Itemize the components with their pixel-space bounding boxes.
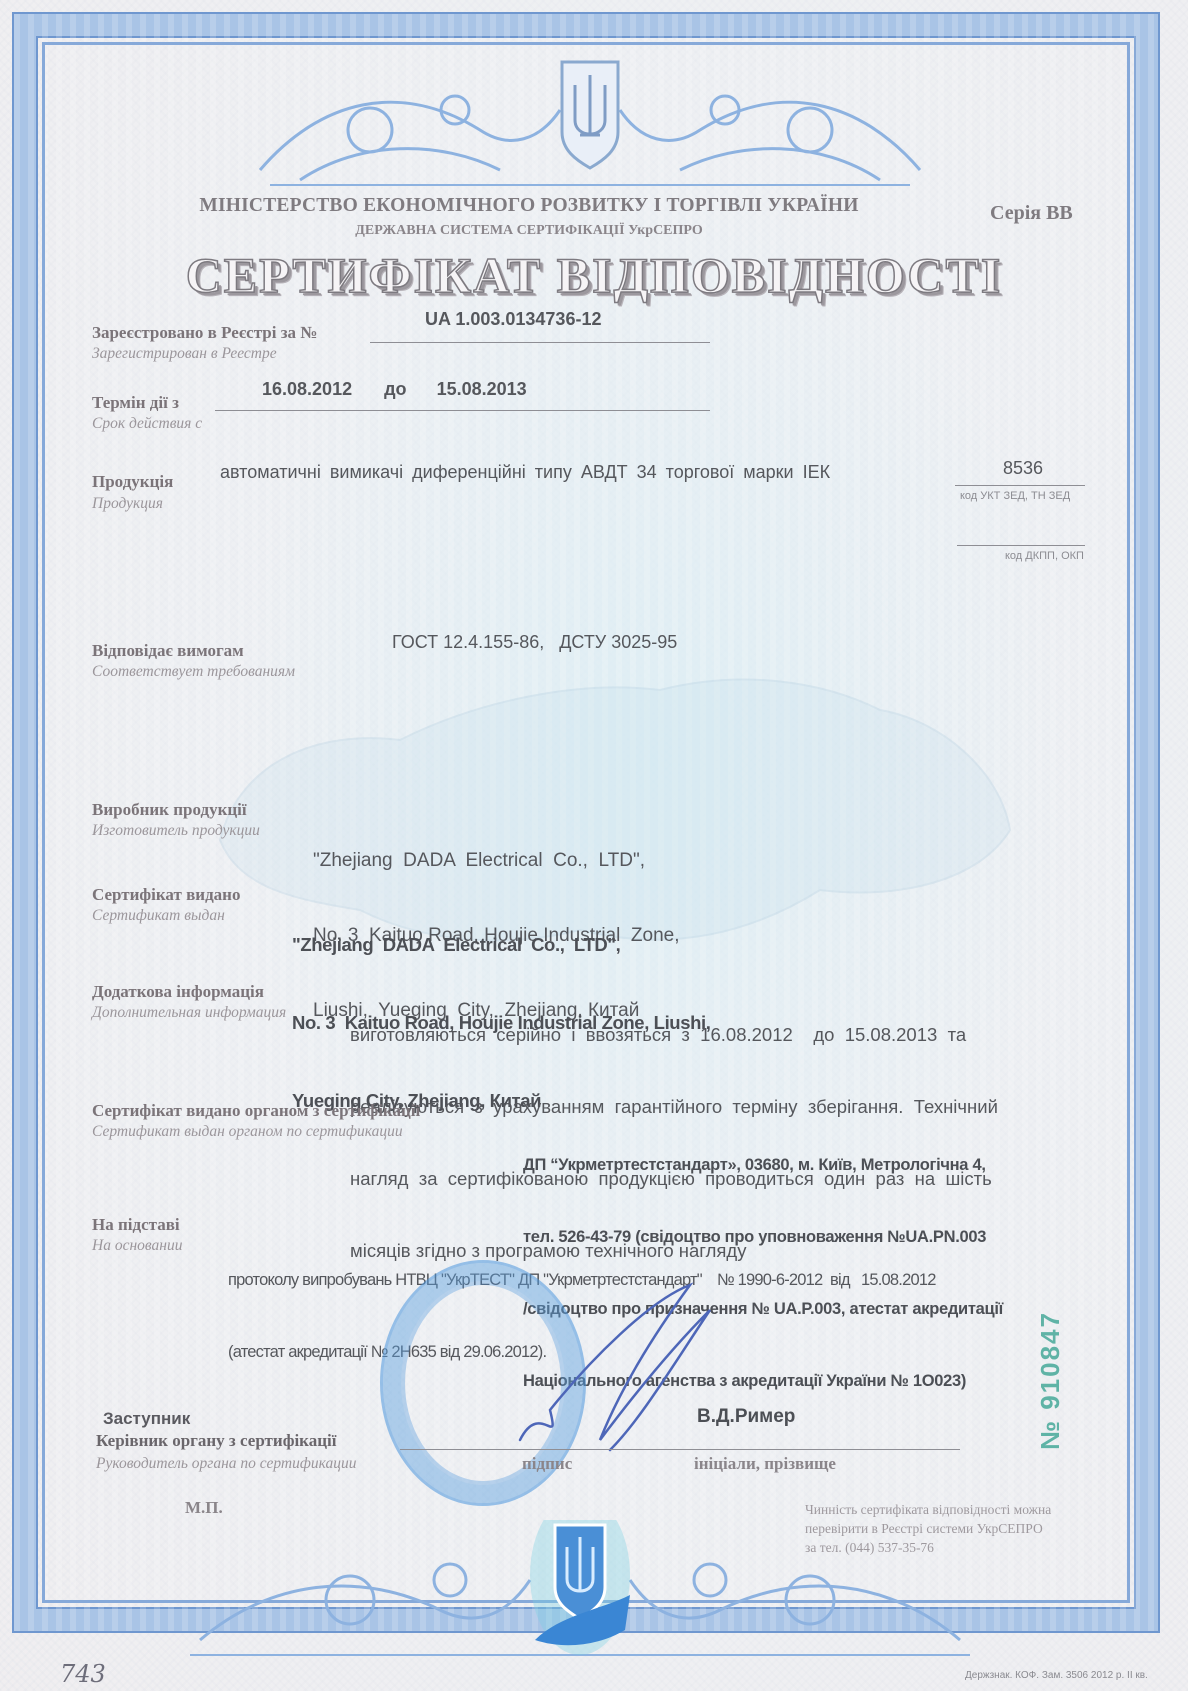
manufacturer-label-ru: Изготовитель продукции (92, 822, 260, 840)
trident-emblem-icon (555, 1525, 605, 1619)
signatory-position-ru: Руководитель органа по сертификации (96, 1455, 356, 1473)
signature-scribble (500, 1280, 730, 1460)
product-label-ru: Продукция (92, 495, 163, 513)
product-code-ukt: 8536 (1003, 458, 1043, 479)
additional-line: виготовляються серійно і ввозяться з 16.… (350, 1023, 1098, 1047)
validity-label-ru: Срок действия с (92, 415, 202, 433)
requirements-label-ua: Відповідає вимогам (92, 641, 244, 661)
cert-body-label-ua: Сертифікат видано органом з сертифікації (92, 1101, 420, 1121)
verify-note: Чинність сертифіката відповідності можна… (805, 1500, 1051, 1557)
product-label-ua: Продукція (92, 472, 173, 492)
validity-label-ua: Термін дії з (92, 393, 179, 413)
series: Серія ВВ (990, 202, 1073, 225)
registration-underline (370, 342, 710, 343)
cert-body-label-ru: Сертификат выдан органом по сертификации (92, 1123, 403, 1141)
validity-underline (215, 410, 710, 411)
registration-label-ua: Зареєстровано в Реєстрі за № (92, 323, 317, 343)
validity-from: 16.08.2012 (262, 379, 352, 399)
code-ukt-underline (955, 485, 1085, 486)
validity-period: 16.08.2012 до 15.08.2013 (262, 379, 527, 400)
series-value: ВВ (1046, 202, 1073, 224)
cert-body-line: ДП “Укрметртестстандарт», 03680, м. Київ… (523, 1153, 1003, 1177)
additional-label-ru: Дополнительная информация (92, 1004, 286, 1022)
signatory-name: В.Д.Ример (697, 1406, 795, 1428)
signature-caption: підпис (522, 1454, 572, 1474)
code-dkpp-label: код ДКПП, ОКП (1005, 550, 1084, 562)
validity-to-word: до (384, 379, 406, 399)
validity-to: 15.08.2013 (437, 379, 527, 399)
registration-number: UA 1.003.0134736-12 (425, 309, 601, 330)
basis-label-ru: На основании (92, 1237, 182, 1255)
handwritten-note: 743 (60, 1660, 106, 1688)
certificate-page: МІНІСТЕРСТВО ЕКОНОМІЧНОГО РОЗВИТКУ І ТОР… (0, 0, 1188, 1691)
manufacturer-line: "Zhejiang DADA Electrical Co., LTD", (313, 848, 679, 873)
signatory-position-ua: Керівник органу з сертифікації (96, 1431, 336, 1451)
signature-line (400, 1449, 960, 1450)
manufacturer-label-ua: Виробник продукції (92, 800, 247, 820)
certification-system-name: ДЕРЖАВНА СИСТЕМА СЕРТИФІКАЦІЇ УкрСЕПРО (0, 223, 1188, 239)
verify-note-line: Чинність сертифіката відповідності можна (805, 1500, 1051, 1519)
verify-note-line: перевірити в Реєстрі системи УкрСЕПРО (805, 1519, 1051, 1538)
series-label: Серія (990, 202, 1041, 224)
signatory-deputy: Заступник (103, 1409, 190, 1429)
code-ukt-label: код УКТ ЗЕД, ТН ЗЕД (960, 490, 1070, 502)
product-description: автоматичні вимикачі диференційні типу А… (220, 462, 830, 483)
code-dkpp-underline (957, 545, 1085, 546)
additional-label-ua: Додаткова інформація (92, 982, 264, 1002)
serial-number: № 910847 (1035, 1311, 1066, 1450)
basis-label-ua: На підставі (92, 1215, 180, 1235)
requirements-standards: ГОСТ 12.4.155-86, ДСТУ 3025-95 (392, 632, 677, 653)
name-caption: ініціали, прізвище (694, 1454, 836, 1474)
requirements-label-ru: Соответствует требованиям (92, 663, 295, 681)
issued-to-line: "Zhejiang DADA Electrical Co., LTD", (292, 932, 710, 958)
registration-label-ru: Зарегистрирован в Реестре (92, 345, 277, 363)
issued-to-label-ru: Сертификат выдан (92, 907, 225, 925)
top-ornament (240, 40, 940, 190)
seal-place-label: М.П. (185, 1498, 223, 1518)
trident-emblem-icon (562, 62, 618, 168)
verify-note-line: за тел. (044) 537-35-76 (805, 1538, 1051, 1557)
document-title: СЕРТИФІКАТ ВІДПОВІДНОСТІ (0, 246, 1188, 304)
issued-to-label-ua: Сертифікат видано (92, 885, 240, 905)
printer-imprint: Держзнак. КОФ. Зам. 3506 2012 р. ІІ кв. (965, 1670, 1148, 1681)
